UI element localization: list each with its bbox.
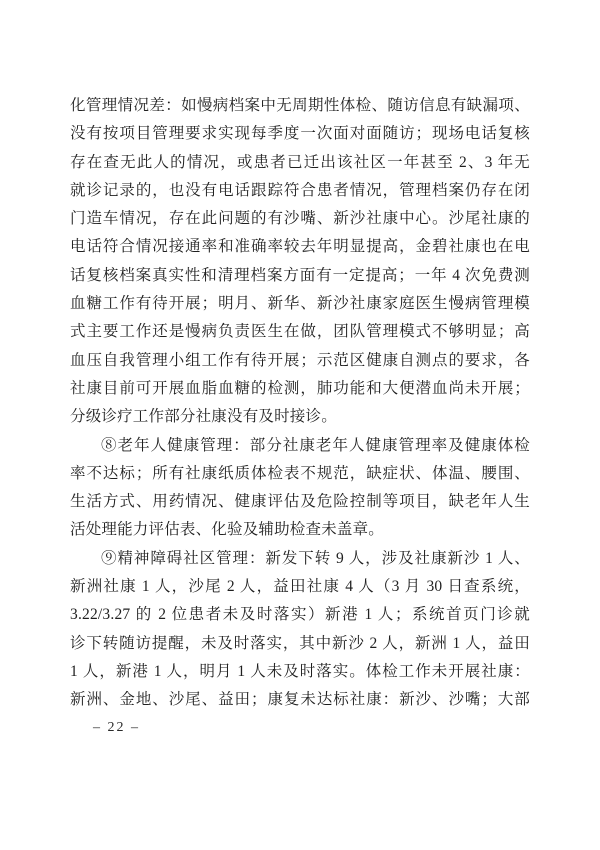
text-line: 话复核档案真实性和清理档案方面有一定提高；一年 4 次免费测 bbox=[70, 262, 530, 290]
text-line: 新洲社康 1 人，沙尾 2 人，益田社康 4 人（3 月 30 日查系统， bbox=[70, 573, 530, 601]
text-line: ⑧老年人健康管理：部分社康老年人健康管理率及健康体检 bbox=[70, 432, 530, 460]
paragraph-chronic-disease: 化管理情况差：如慢病档案中无周期性体检、随访信息有缺漏项、 没有按项目管理要求实… bbox=[70, 92, 530, 432]
text-line: 门造车情况，存在此问题的有沙嘴、新沙社康中心。沙尾社康的 bbox=[70, 205, 530, 233]
text-line: 化管理情况差：如慢病档案中无周期性体检、随访信息有缺漏项、 bbox=[70, 92, 530, 120]
text-line: 活处理能力评估表、化验及辅助检查未盖章。 bbox=[70, 516, 530, 544]
document-page: 化管理情况差：如慢病档案中无周期性体检、随访信息有缺漏项、 没有按项目管理要求实… bbox=[0, 0, 600, 850]
page-number: – 22 – bbox=[93, 720, 140, 736]
page-body: 化管理情况差：如慢病档案中无周期性体检、随访信息有缺漏项、 没有按项目管理要求实… bbox=[70, 92, 530, 715]
text-line: 率不达标；所有社康纸质体检表不规范，缺症状、体温、腰围、 bbox=[70, 460, 530, 488]
text-line: 1 人，新港 1 人，明月 1 人未及时落实。体检工作未开展社康： bbox=[70, 658, 530, 686]
text-line: 存在查无此人的情况，或患者已迁出该社区一年甚至 2、3 年无 bbox=[70, 149, 530, 177]
text-line: 3.22/3.27 的 2 位患者未及时落实）新港 1 人；系统首页门诊就 bbox=[70, 601, 530, 629]
text-line: 式主要工作还是慢病负责医生在做，团队管理模式不够明显；高 bbox=[70, 318, 530, 346]
text-line: 没有按项目管理要求实现每季度一次面对面随访；现场电话复核 bbox=[70, 120, 530, 148]
text-line: 生活方式、用药情况、健康评估及危险控制等项目，缺老年人生 bbox=[70, 488, 530, 516]
paragraph-elderly-health: ⑧老年人健康管理：部分社康老年人健康管理率及健康体检 率不达标；所有社康纸质体检… bbox=[70, 432, 530, 545]
text-line: 新洲、金地、沙尾、益田；康复未达标社康：新沙、沙嘴；大部 bbox=[70, 686, 530, 714]
text-line: 就诊记录的，也没有电话跟踪符合患者情况，管理档案仍存在闭 bbox=[70, 177, 530, 205]
text-line: ⑨精神障碍社区管理：新发下转 9 人，涉及社康新沙 1 人、 bbox=[70, 545, 530, 573]
text-line: 电话符合情况接通率和准确率较去年明显提高，金碧社康也在电 bbox=[70, 233, 530, 261]
text-line: 诊下转随访提醒，未及时落实，其中新沙 2 人，新洲 1 人，益田 bbox=[70, 630, 530, 658]
paragraph-mental-health: ⑨精神障碍社区管理：新发下转 9 人，涉及社康新沙 1 人、 新洲社康 1 人，… bbox=[70, 545, 530, 715]
text-line: 血糖工作有待开展；明月、新华、新沙社康家庭医生慢病管理模 bbox=[70, 290, 530, 318]
text-line: 分级诊疗工作部分社康没有及时接诊。 bbox=[70, 403, 530, 431]
text-line: 社康目前可开展血脂血糖的检测，肺功能和大便潜血尚未开展； bbox=[70, 375, 530, 403]
text-line: 血压自我管理小组工作有待开展；示范区健康自测点的要求，各 bbox=[70, 347, 530, 375]
